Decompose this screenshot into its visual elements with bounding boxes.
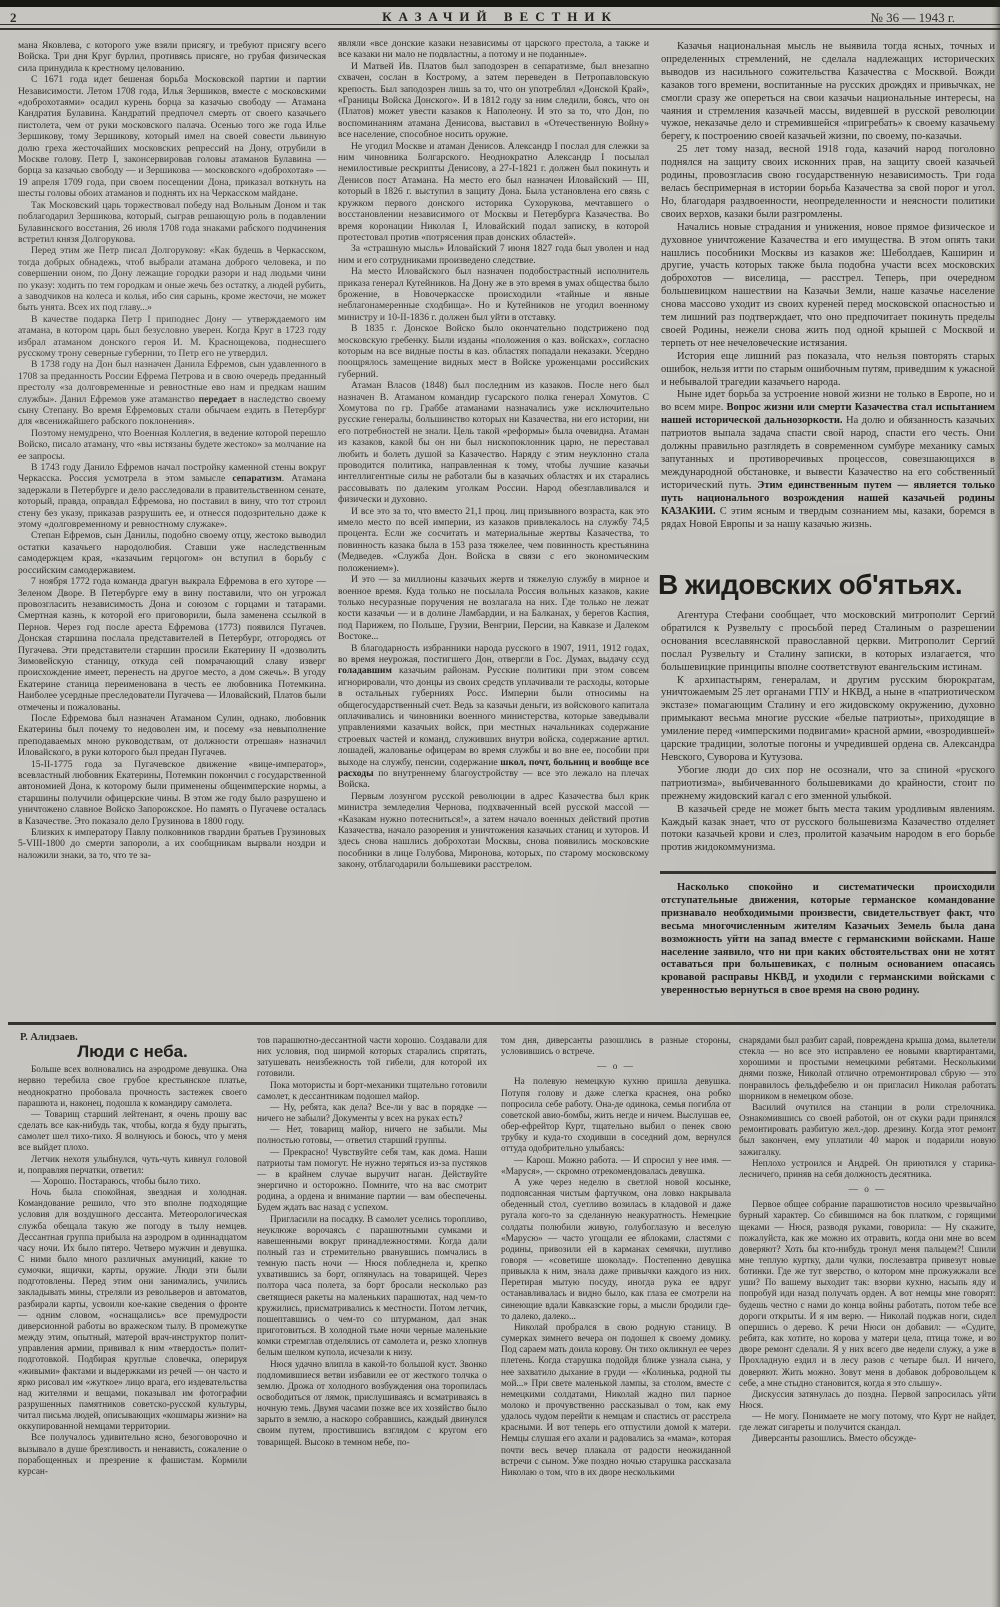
paragraph: том дня, диверсанты разошлись в разные с… bbox=[501, 1036, 731, 1058]
paragraph: 15-II-1775 года за Пугачевское движение … bbox=[18, 759, 326, 827]
paragraph: В казачьей среде не может быть места так… bbox=[661, 804, 995, 856]
lyudi-col-1-text: Больше всех волновались на аэродроме дев… bbox=[18, 1065, 247, 1478]
paragraph: Первым лозунгом русской революции в адре… bbox=[338, 791, 649, 871]
paragraph: Первое общее собрание парашютистов носил… bbox=[739, 1200, 996, 1390]
paragraph: снарядами был разбит сарай, повреждена к… bbox=[739, 1036, 996, 1103]
paragraph: — Нет, товарищ майор, ничего не забыли. … bbox=[257, 1125, 487, 1147]
paragraph: Ныне идет борьба за устроение новой жизн… bbox=[661, 389, 995, 531]
paragraph: Дискуссия затянулась до поздна. Первой з… bbox=[739, 1390, 996, 1412]
paragraph: В благодарность избранники народа русско… bbox=[338, 643, 649, 791]
paragraph: В качестве подарка Петр I приподнес Дону… bbox=[18, 314, 326, 360]
paragraph: Перед этим же Петр писал Долгорукову: «К… bbox=[18, 245, 326, 313]
paragraph: 25 лет тому назад, весной 1918 года, каз… bbox=[661, 144, 995, 221]
paragraph: Неплохо устроился и Андрей. Он приютился… bbox=[739, 1159, 996, 1181]
zhidovskih-headline: В жидовских об'ятьях. bbox=[658, 569, 998, 601]
paragraph: Ночь была спокойная, звездная и холодная… bbox=[18, 1188, 247, 1433]
lyudi-col-4: снарядами был разбит сарай, повреждена к… bbox=[739, 1036, 996, 1607]
header-rule-thick bbox=[0, 28, 1000, 30]
section-divider-rule bbox=[8, 1022, 996, 1025]
paragraph: После Ефремова был назначен Атаманом Сул… bbox=[18, 713, 326, 759]
paragraph: И Матвей Ив. Платов был заподозрен в сеп… bbox=[338, 61, 649, 141]
paragraph: В 1743 году Данило Ефремов начал построй… bbox=[18, 462, 326, 530]
paragraph: Агентура Стефани сообщает, что московски… bbox=[661, 610, 995, 675]
header-rule-thin bbox=[0, 24, 1000, 25]
paragraph: тов парашютно-дессантной части хорошо. С… bbox=[257, 1036, 487, 1081]
lyudi-col-2: тов парашютно-дессантной части хорошо. С… bbox=[257, 1036, 487, 1607]
paragraph: — Ну, ребята, как дела? Все-ли у вас в п… bbox=[257, 1103, 487, 1125]
paragraph: — Хорошо. Постараюсь, чтобы было тихо. bbox=[18, 1177, 247, 1188]
paragraph: И это — за миллионы казачьих жертв и тяж… bbox=[338, 574, 649, 642]
paragraph: Нюся удачно влипла в какой-то большой ку… bbox=[257, 1360, 487, 1449]
editorial-divider-rule bbox=[660, 871, 996, 874]
paragraph: Близких к императору Павлу полковников г… bbox=[18, 827, 326, 861]
paragraph: Начались новые страдания и унижения, нов… bbox=[661, 222, 995, 351]
paragraph: И все это за то, что вместо 21,1 проц. л… bbox=[338, 506, 649, 574]
paragraph: Василий очутился на станции в роли стрел… bbox=[739, 1103, 996, 1159]
paragraph: С 1671 года идет бешеная борьба Московск… bbox=[18, 74, 326, 199]
paragraph: Пригласили на посадку. В самолет уселись… bbox=[257, 1215, 487, 1360]
paragraph: Убогие люди до сих пор не осознали, что … bbox=[661, 765, 995, 804]
paragraph: Диверсанты разошлись. Вместо обсужде- bbox=[739, 1434, 996, 1445]
section-separator: — о — bbox=[739, 1181, 996, 1200]
paragraph: В 1738 году на Дон был назначен Данила Е… bbox=[18, 359, 326, 427]
paragraph: — Прекрасно! Чувствуйте себя там, как до… bbox=[257, 1148, 487, 1215]
retreat-note: Насколько спокойно и систематически прои… bbox=[661, 882, 995, 1018]
newspaper-page: { "page": { "number": "2", "title": "КАЗ… bbox=[0, 0, 1000, 1607]
page-top-edge bbox=[0, 0, 1000, 7]
paragraph: — Не могу. Понимаете не могу потому, что… bbox=[739, 1412, 996, 1434]
paragraph: На полевую немецкую кухню пришла девушка… bbox=[501, 1077, 731, 1155]
retreat-note-text: Насколько спокойно и систематически прои… bbox=[661, 882, 995, 998]
history-article-col-2: являли «все донские казаки независимы от… bbox=[338, 38, 649, 1022]
paragraph: Атаман Власов (1848) был последним из ка… bbox=[338, 380, 649, 505]
paragraph: Не угодил Москве и атаман Денисов. Алекс… bbox=[338, 141, 649, 244]
paragraph: — Карош. Можно работа. — И спросил у нее… bbox=[501, 1156, 731, 1178]
newspaper-title: КАЗАЧИЙ ВЕСТНИК bbox=[0, 9, 1000, 25]
paragraph: являли «все донские казаки независимы от… bbox=[338, 38, 649, 61]
editorial-column: Казачья национальная мысль не выявила то… bbox=[661, 41, 995, 558]
paragraph: История еще лишний раз показала, что нел… bbox=[661, 351, 995, 390]
section-separator: — о — bbox=[501, 1058, 731, 1077]
lyudi-headline: Люди с неба. bbox=[18, 1046, 247, 1057]
paragraph: Степан Ефремов, сын Данилы, подобно свое… bbox=[18, 530, 326, 576]
paragraph: Все получалось удивительно ясно, безогов… bbox=[18, 1433, 247, 1478]
history-article-col-1: мана Яковлева, с которого уже взяли прис… bbox=[18, 40, 326, 1022]
zhidovskih-article: Агентура Стефани сообщает, что московски… bbox=[661, 610, 995, 866]
paragraph: Летчик нехотя улыбнулся, чуть-чуть кивну… bbox=[18, 1155, 247, 1177]
paragraph: — Товарищ старший лейтенант, я очень про… bbox=[18, 1110, 247, 1155]
paragraph: В 1835 г. Донское Войско было окончатель… bbox=[338, 323, 649, 380]
lyudi-col-3: том дня, диверсанты разошлись в разные с… bbox=[501, 1036, 731, 1607]
paragraph: Казачья национальная мысль не выявила то… bbox=[661, 41, 995, 144]
paragraph: На место Иловайского был назначен подобо… bbox=[338, 266, 649, 323]
paragraph: Поэтому немудрено, что Военная Коллегия,… bbox=[18, 428, 326, 462]
paragraph: За «страшную мысль» Иловайский 7 июня 18… bbox=[338, 243, 649, 266]
paragraph: Пока мотористы и борт-механики тщательно… bbox=[257, 1081, 487, 1103]
paragraph: Николай пробрался в свою родную станицу.… bbox=[501, 1323, 731, 1479]
paragraph: Так Московский царь торжествовал победу … bbox=[18, 200, 326, 246]
paragraph: 7 ноября 1772 года команда драгун выкрал… bbox=[18, 576, 326, 713]
paragraph: А уже через неделю в светлой новой косын… bbox=[501, 1178, 731, 1323]
paragraph: К архипастырям, генералам, и другим русс… bbox=[661, 675, 995, 765]
paragraph: мана Яковлева, с которого уже взяли прис… bbox=[18, 40, 326, 74]
lyudi-col-1: Р. Алидзаев. Люди с неба. Больше всех во… bbox=[18, 1030, 247, 1607]
paragraph: Больше всех волновались на аэродроме дев… bbox=[18, 1065, 247, 1110]
